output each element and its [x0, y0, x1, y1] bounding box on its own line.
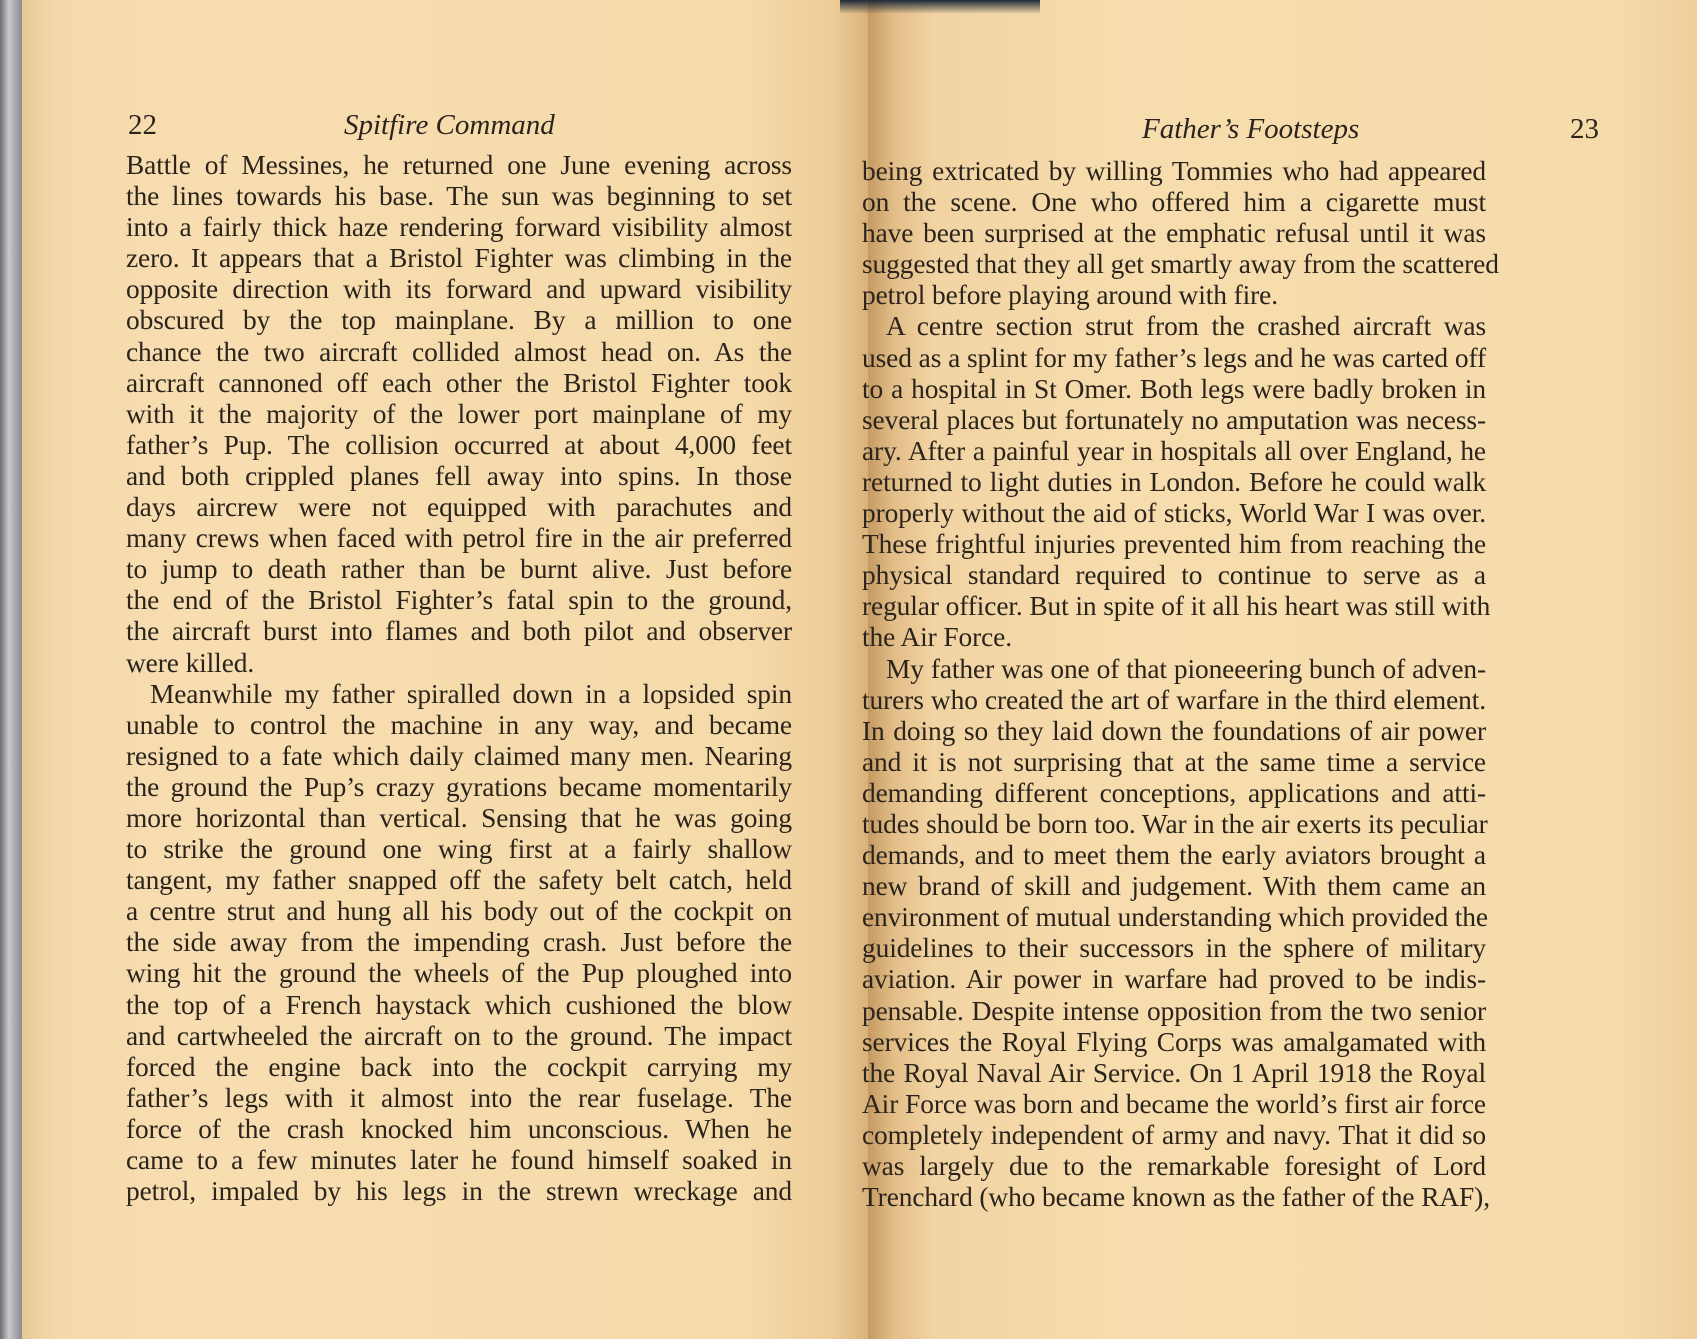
text-line: the lines towards his base. The sun was … — [126, 181, 792, 212]
text-line: were killed. — [126, 648, 792, 679]
text-line: the Air Force. — [862, 622, 1486, 653]
text-line: petrol before playing around with fire. — [862, 280, 1486, 311]
text-line: pensable. Despite intense opposition fro… — [862, 996, 1486, 1027]
text-line: to a hospital in St Omer. Both legs were… — [862, 374, 1486, 405]
text-line: obscured by the top mainplane. By a mill… — [126, 305, 792, 336]
left-body-text: Battle of Messines, he returned one June… — [126, 150, 792, 1207]
text-line: properly without the aid of sticks, Worl… — [862, 498, 1486, 529]
text-line: into a fairly thick haze rendering forwa… — [126, 212, 792, 243]
right-running-title: Father’s Footsteps — [1142, 112, 1359, 146]
text-line: more horizontal than vertical. Sensing t… — [126, 803, 792, 834]
text-line: zero. It appears that a Bristol Fighter … — [126, 243, 792, 274]
text-line: the top of a French haystack which cushi… — [126, 990, 792, 1021]
left-page-number: 22 — [128, 108, 157, 142]
text-line: turers who created the art of warfare in… — [862, 685, 1486, 716]
text-line: days aircrew were not equipped with para… — [126, 492, 792, 523]
text-line: suggested that they all get smartly away… — [862, 249, 1486, 280]
text-line: guidelines to their successors in the sp… — [862, 933, 1486, 964]
text-line: force of the crash knocked him unconscio… — [126, 1114, 792, 1145]
text-line: physical standard required to continue t… — [862, 560, 1486, 591]
text-line: father’s Pup. The collision occurred at … — [126, 430, 792, 461]
text-line: father’s legs with it almost into the re… — [126, 1083, 792, 1114]
text-line: wing hit the ground the wheels of the Pu… — [126, 958, 792, 989]
text-line: In doing so they laid down the foundatio… — [862, 716, 1486, 747]
text-line: These frightful injuries prevented him f… — [862, 529, 1486, 560]
text-line: Air Force was born and became the world’… — [862, 1089, 1486, 1120]
text-line: new brand of skill and judgement. With t… — [862, 871, 1486, 902]
text-line: resigned to a fate which daily claimed m… — [126, 741, 792, 772]
text-line: many crews when faced with petrol fire i… — [126, 523, 792, 554]
text-line: Trenchard (who became known as the fathe… — [862, 1182, 1486, 1213]
text-line: on the scene. One who offered him a ciga… — [862, 187, 1486, 218]
binder-edge — [0, 0, 22, 1339]
text-line: several places but fortunately no amputa… — [862, 405, 1486, 436]
right-page-number: 23 — [1570, 112, 1599, 146]
text-line: ary. After a painful year in hospitals a… — [862, 436, 1486, 467]
text-line: a centre strut and hung all his body out… — [126, 896, 792, 927]
text-line: used as a splint for my father’s legs an… — [862, 343, 1486, 374]
text-line: aircraft cannoned off each other the Bri… — [126, 368, 792, 399]
text-line: came to a few minutes later he found him… — [126, 1145, 792, 1176]
text-line: chance the two aircraft collided almost … — [126, 337, 792, 368]
text-line: completely independent of army and navy.… — [862, 1120, 1486, 1151]
text-line: with it the majority of the lower port m… — [126, 399, 792, 430]
paragraph-start-line: A centre section strut from the crashed … — [862, 311, 1486, 342]
right-body-text: being extricated by willing Tommies who … — [862, 156, 1486, 1213]
text-line: the Royal Naval Air Service. On 1 April … — [862, 1058, 1486, 1089]
text-line: forced the engine back into the cockpit … — [126, 1052, 792, 1083]
text-line: services the Royal Flying Corps was amal… — [862, 1027, 1486, 1058]
text-line: regular officer. But in spite of it all … — [862, 591, 1486, 622]
text-line: aviation. Air power in warfare had prove… — [862, 964, 1486, 995]
text-line: returned to light duties in London. Befo… — [862, 467, 1486, 498]
text-line: unable to control the machine in any way… — [126, 710, 792, 741]
text-line: and cartwheeled the aircraft on to the g… — [126, 1021, 792, 1052]
text-line: demanding different conceptions, applica… — [862, 778, 1486, 809]
text-line: Battle of Messines, he returned one June… — [126, 150, 792, 181]
text-line: environment of mutual understanding whic… — [862, 902, 1486, 933]
text-line: to jump to death rather than be burnt al… — [126, 554, 792, 585]
text-line: to strike the ground one wing first at a… — [126, 834, 792, 865]
text-line: the aircraft burst into flames and both … — [126, 616, 792, 647]
paragraph-start-line: Meanwhile my father spiralled down in a … — [126, 679, 792, 710]
text-line: demands, and to meet them the early avia… — [862, 840, 1486, 871]
text-line: the end of the Bristol Fighter’s fatal s… — [126, 585, 792, 616]
text-line: and both crippled planes fell away into … — [126, 461, 792, 492]
text-line: and it is not surprising that at the sam… — [862, 747, 1486, 778]
text-line: opposite direction with its forward and … — [126, 274, 792, 305]
text-line: the side away from the impending crash. … — [126, 927, 792, 958]
left-running-title: Spitfire Command — [344, 108, 555, 142]
text-line: was largely due to the remarkable foresi… — [862, 1151, 1486, 1182]
right-page: Father’s Footsteps 23 being extricated b… — [868, 0, 1697, 1339]
text-line: tangent, my father snapped off the safet… — [126, 865, 792, 896]
paragraph-start-line: My father was one of that pioneeering bu… — [862, 654, 1486, 685]
left-page: 22 Spitfire Command Battle of Messines, … — [22, 0, 868, 1339]
text-line: being extricated by willing Tommies who … — [862, 156, 1486, 187]
text-line: tudes should be born too. War in the air… — [862, 809, 1486, 840]
text-line: petrol, impaled by his legs in the strew… — [126, 1176, 792, 1207]
text-line: have been surprised at the emphatic refu… — [862, 218, 1486, 249]
text-line: the ground the Pup’s crazy gyrations bec… — [126, 772, 792, 803]
spine-top-shadow — [840, 0, 1040, 14]
